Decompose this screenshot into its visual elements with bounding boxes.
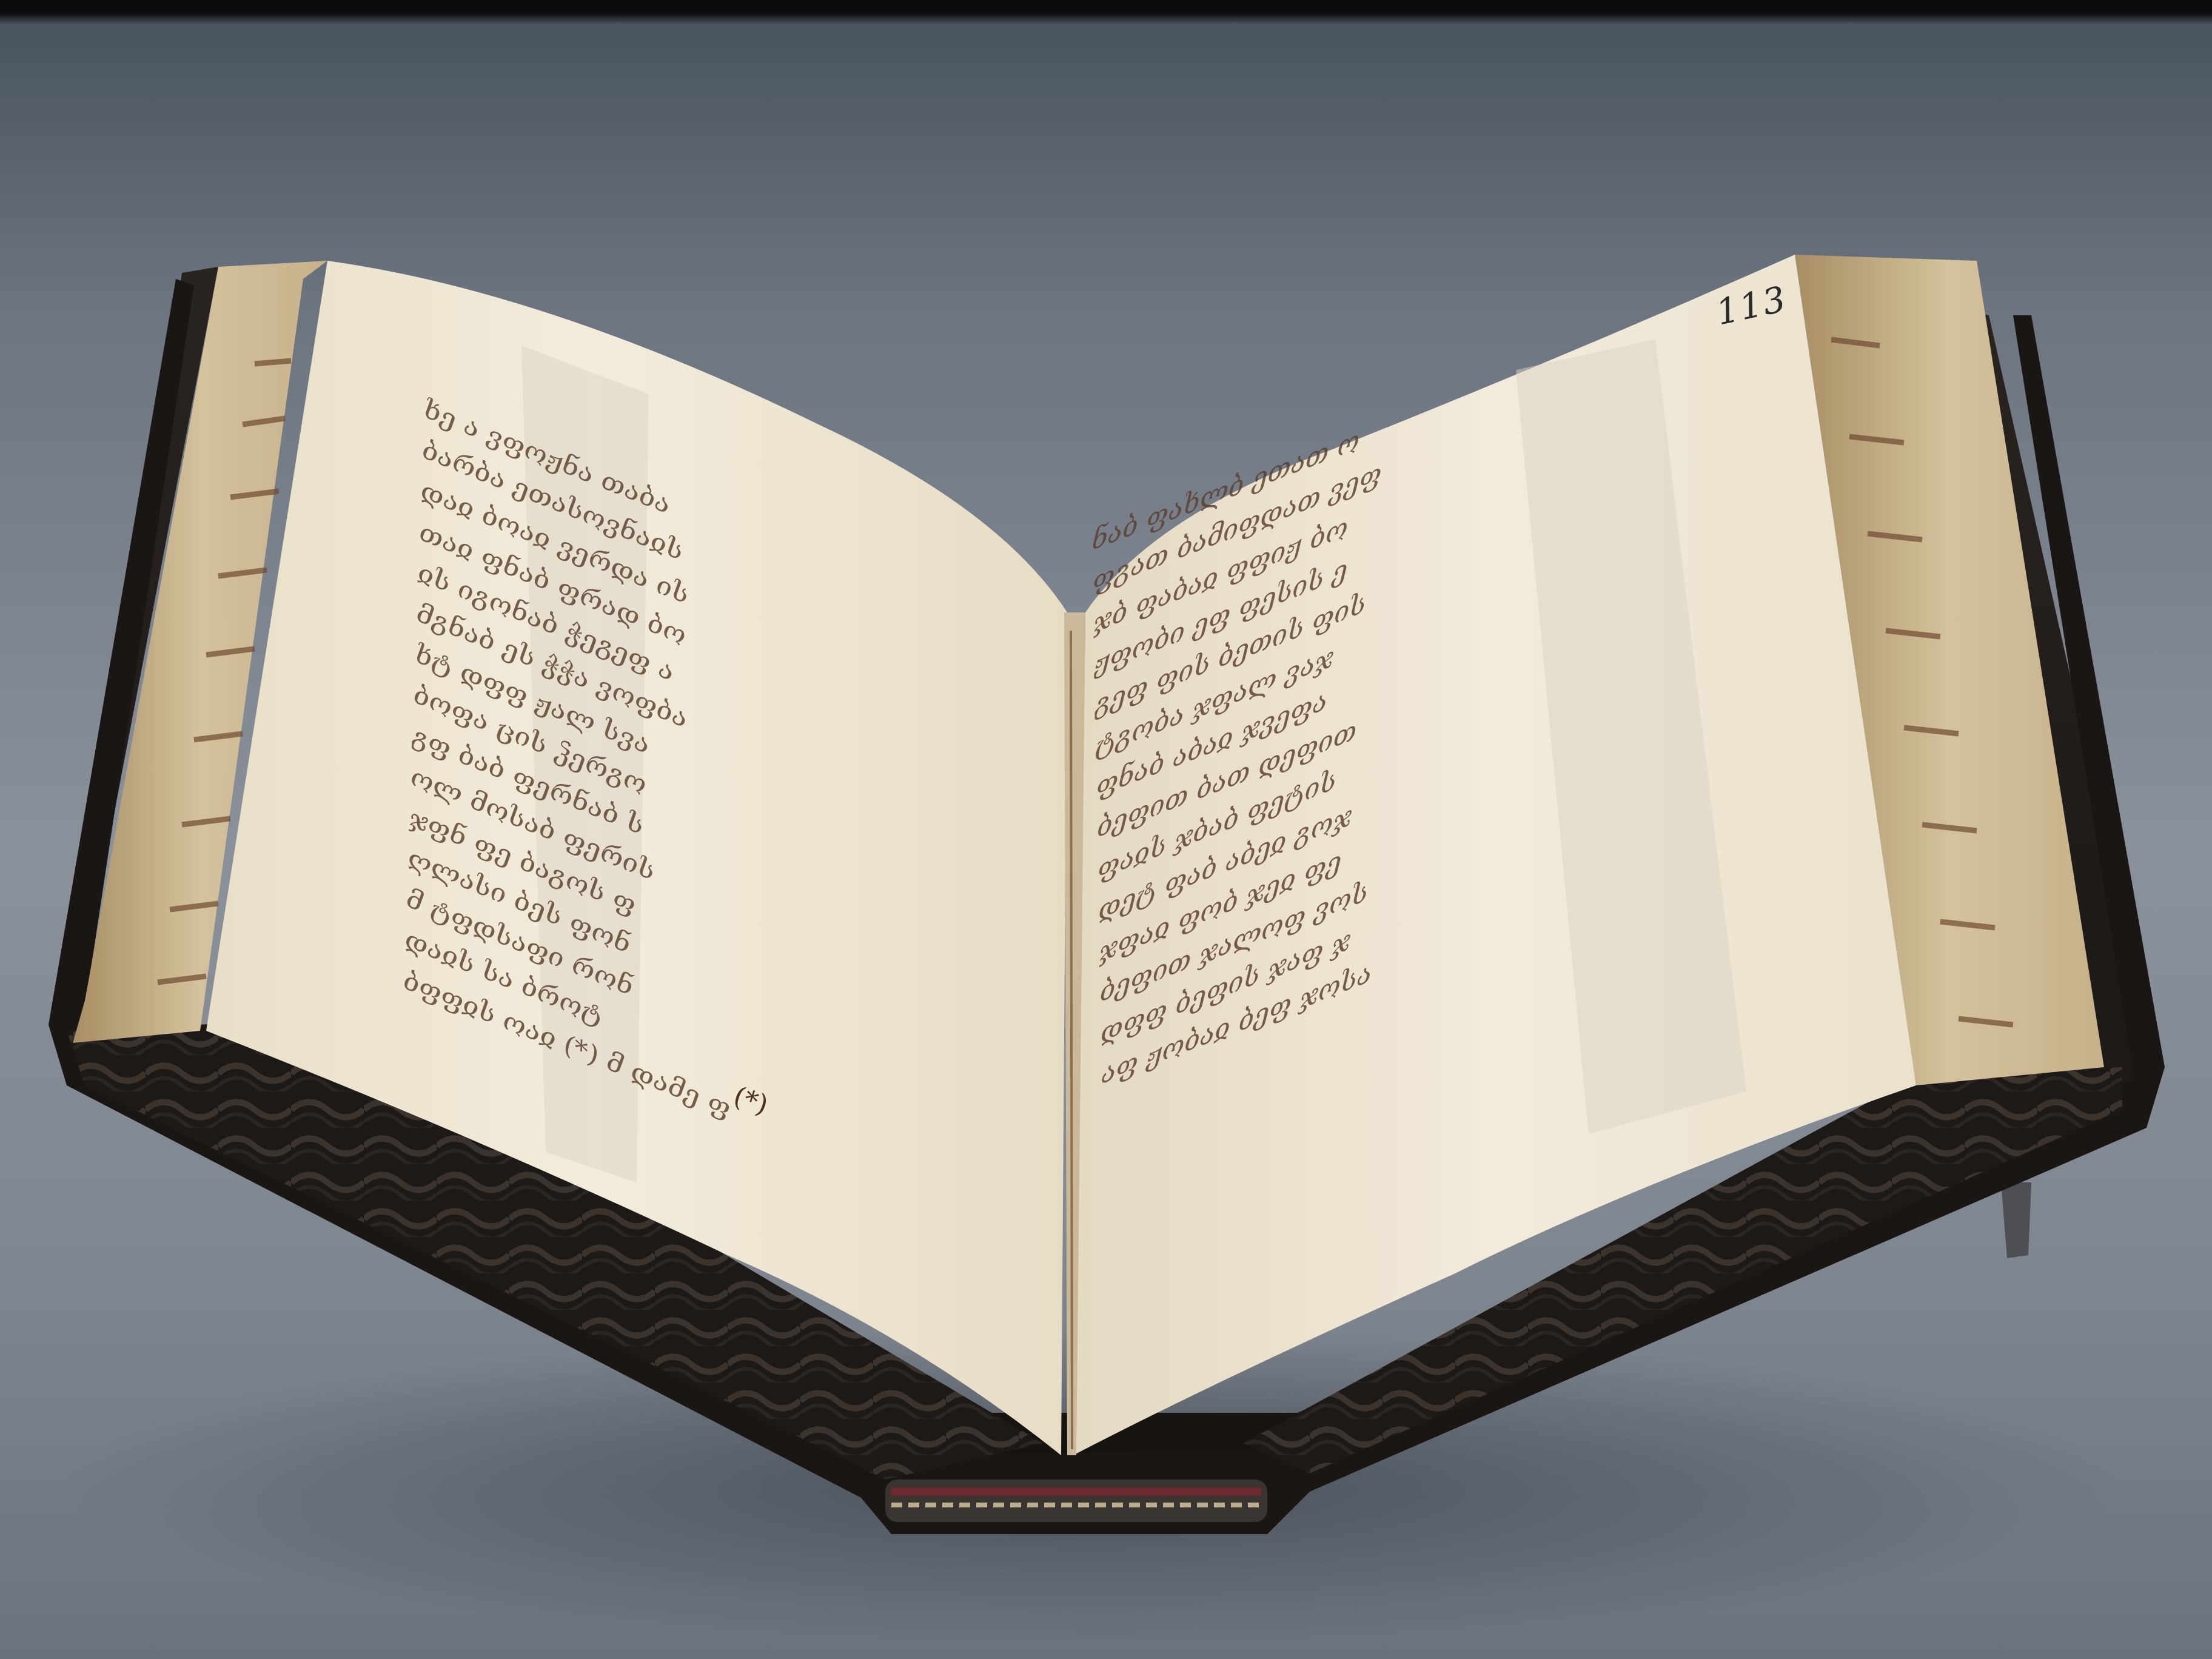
headband: [885, 1480, 1267, 1522]
gutter-thread: [1071, 631, 1072, 1449]
museum-vitrine-scene: 113 ხე ა ვფოჟნა თაბა ბარბა ეთასოვნაჲს და…: [0, 0, 2212, 1659]
display-stand: [2001, 1182, 2031, 1258]
